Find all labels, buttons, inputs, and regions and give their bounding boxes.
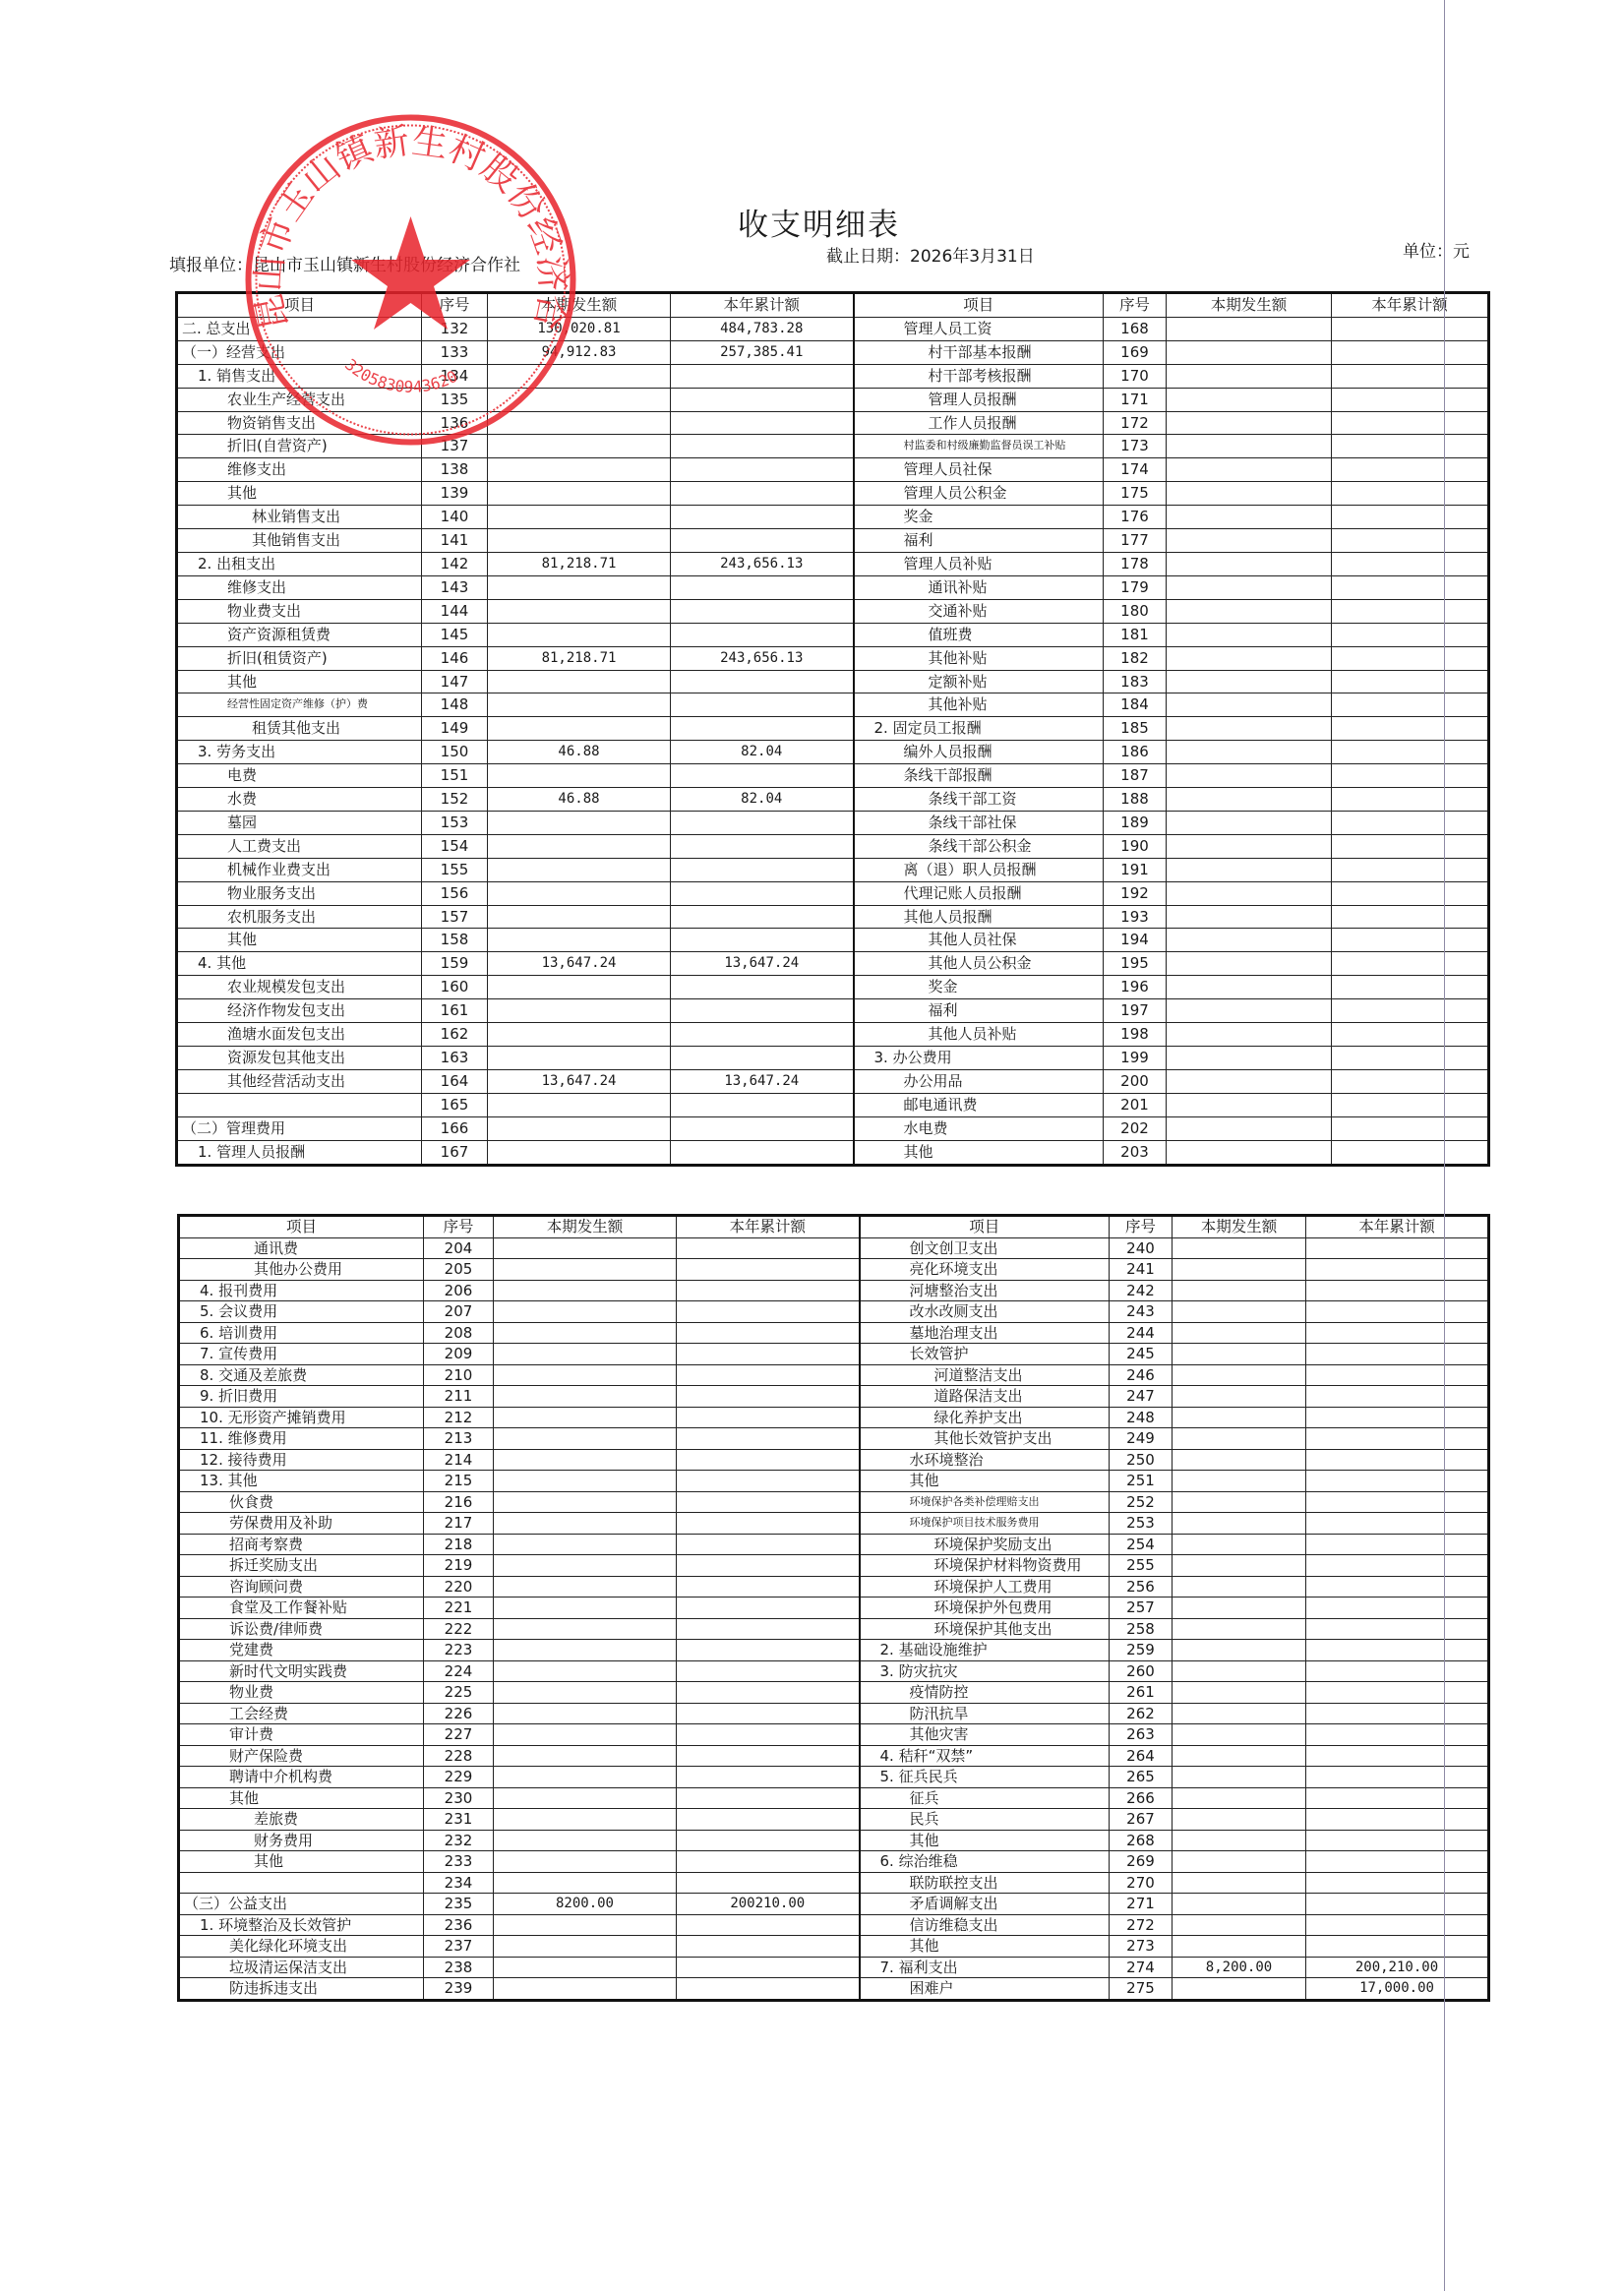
row-item-label: 其他办公费用 — [179, 1259, 424, 1281]
row-ytd-amount — [677, 1957, 860, 1978]
row-seq-number: 275 — [1110, 1978, 1173, 2001]
row-current-amount — [494, 1471, 677, 1492]
table-row: 其他139管理人员公积金175 — [177, 482, 1489, 506]
row-current-amount — [1167, 858, 1332, 881]
row-ytd-amount: 200,210.00 — [1306, 1957, 1489, 1978]
row-current-amount — [494, 1767, 677, 1788]
row-current-amount — [1173, 1745, 1306, 1767]
row-ytd-amount — [1332, 670, 1489, 693]
row-seq-number: 261 — [1110, 1682, 1173, 1704]
row-current-amount: 8,200.00 — [1173, 1957, 1306, 1978]
row-seq-number: 188 — [1104, 788, 1167, 812]
row-current-amount — [1167, 999, 1332, 1023]
row-seq-number: 245 — [1110, 1344, 1173, 1365]
row-ytd-amount: 17,000.00 — [1306, 1978, 1489, 2001]
table-row: 其他2336. 综治维稳269 — [179, 1851, 1489, 1873]
row-item-label: 墓园 — [177, 811, 422, 834]
row-current-amount — [494, 1745, 677, 1767]
row-ytd-amount: 243,656.13 — [671, 552, 854, 575]
row-seq-number: 226 — [424, 1703, 494, 1724]
row-seq-number: 262 — [1110, 1703, 1173, 1724]
row-current-amount — [488, 999, 671, 1023]
row-seq-number: 153 — [422, 811, 488, 834]
row-item-label: 环境保护材料物资费用 — [860, 1555, 1110, 1577]
table-row: 4. 报刊费用206河塘整治支出242 — [179, 1280, 1489, 1301]
row-current-amount — [488, 1093, 671, 1116]
row-current-amount — [488, 693, 671, 717]
table-row: 7. 宣传费用209长效管护245 — [179, 1344, 1489, 1365]
row-item-label: 环境保护项目技术服务费用 — [860, 1513, 1110, 1535]
row-ytd-amount — [677, 1724, 860, 1746]
row-seq-number: 272 — [1110, 1914, 1173, 1936]
row-item-label: 管理人员工资 — [854, 317, 1104, 340]
row-seq-number: 218 — [424, 1534, 494, 1555]
row-item-label: 劳保费用及补助 — [179, 1513, 424, 1535]
row-current-amount — [494, 1682, 677, 1704]
row-item-label: 其他经营活动支出 — [177, 1069, 422, 1093]
row-current-amount — [494, 1280, 677, 1301]
row-current-amount: 130,020.81 — [488, 317, 671, 340]
row-item-label: 招商考察费 — [179, 1534, 424, 1555]
row-ytd-amount — [1306, 1364, 1489, 1386]
row-ytd-amount — [1306, 1660, 1489, 1682]
row-seq-number: 176 — [1104, 506, 1167, 529]
row-current-amount — [1173, 1322, 1306, 1344]
table-row: 新时代文明实践费2243. 防灾抗灾260 — [179, 1660, 1489, 1682]
row-seq-number: 155 — [422, 858, 488, 881]
row-current-amount — [1173, 1428, 1306, 1450]
row-ytd-amount — [1306, 1851, 1489, 1873]
row-current-amount — [494, 1787, 677, 1809]
row-seq-number: 150 — [422, 741, 488, 764]
row-seq-number: 182 — [1104, 646, 1167, 670]
row-item-label: 疫情防控 — [860, 1682, 1110, 1704]
row-item-label: 物业费 — [179, 1682, 424, 1704]
row-current-amount: 13,647.24 — [488, 1069, 671, 1093]
table-row: 通讯费204创文创卫支出240 — [179, 1237, 1489, 1259]
row-current-amount — [1173, 1851, 1306, 1873]
row-current-amount — [494, 1237, 677, 1259]
row-seq-number: 159 — [422, 952, 488, 976]
table-row: （三）公益支出2358200.00200210.00矛盾调解支出271 — [179, 1894, 1489, 1915]
table-row: 财务费用232其他268 — [179, 1830, 1489, 1851]
row-item-label: 交通补贴 — [854, 599, 1104, 623]
row-seq-number: 219 — [424, 1555, 494, 1577]
filing-unit-label: 填报单位： — [169, 256, 253, 275]
row-item-label: 环境保护外包费用 — [860, 1598, 1110, 1619]
row-current-amount — [1167, 1047, 1332, 1070]
table-row: 水费15246.8882.04条线干部工资188 — [177, 788, 1489, 812]
table-row: 差旅费231民兵267 — [179, 1809, 1489, 1831]
filing-unit: 填报单位：昆山市玉山镇新生村股份经济合作社 — [169, 251, 520, 275]
row-item-label: 3. 防灾抗灾 — [860, 1660, 1110, 1682]
row-seq-number: 196 — [1104, 976, 1167, 999]
row-ytd-amount — [677, 1364, 860, 1386]
row-seq-number: 247 — [1110, 1386, 1173, 1408]
row-item-label: 5. 征兵民兵 — [860, 1767, 1110, 1788]
row-current-amount — [1167, 881, 1332, 905]
table-row: 物资销售支出136工作人员报酬172 — [177, 411, 1489, 435]
row-item-label: 管理人员补贴 — [854, 552, 1104, 575]
row-seq-number: 235 — [424, 1894, 494, 1915]
row-current-amount — [1167, 741, 1332, 764]
row-current-amount — [488, 670, 671, 693]
table-row: 经营性固定资产维修（护）费148其他补贴184 — [177, 693, 1489, 717]
row-ytd-amount — [677, 1576, 860, 1598]
row-item-label: 维修支出 — [177, 575, 422, 599]
row-ytd-amount — [671, 670, 854, 693]
table-row: 12. 接待费用214水环境整治250 — [179, 1449, 1489, 1471]
row-current-amount — [494, 1428, 677, 1450]
row-ytd-amount: 82.04 — [671, 741, 854, 764]
row-item-label: 8. 交通及差旅费 — [179, 1364, 424, 1386]
row-ytd-amount — [671, 435, 854, 458]
row-seq-number: 201 — [1104, 1093, 1167, 1116]
row-ytd-amount — [671, 1047, 854, 1070]
table-row: 13. 其他215其他251 — [179, 1471, 1489, 1492]
row-ytd-amount — [1306, 1809, 1489, 1831]
row-item-label: 1. 管理人员报酬 — [177, 1140, 422, 1165]
table-row: 渔塘水面发包支出162其他人员补贴198 — [177, 1023, 1489, 1047]
row-current-amount — [488, 506, 671, 529]
row-ytd-amount — [1306, 1259, 1489, 1281]
row-ytd-amount — [671, 364, 854, 388]
row-seq-number: 260 — [1110, 1660, 1173, 1682]
table-row: 其他销售支出141福利177 — [177, 529, 1489, 553]
row-current-amount — [1167, 552, 1332, 575]
row-item-label: 租赁其他支出 — [177, 717, 422, 741]
row-item-label: 财务费用 — [179, 1830, 424, 1851]
row-item-label: 条线干部报酬 — [854, 764, 1104, 788]
row-ytd-amount — [677, 1322, 860, 1344]
row-seq-number: 233 — [424, 1851, 494, 1873]
table-row: 农业规模发包支出160奖金196 — [177, 976, 1489, 999]
row-ytd-amount — [1332, 952, 1489, 976]
row-item-label: 2. 固定员工报酬 — [854, 717, 1104, 741]
row-item-label: 机械作业费支出 — [177, 858, 422, 881]
row-ytd-amount — [1306, 1344, 1489, 1365]
row-current-amount — [1173, 1894, 1306, 1915]
table-row: 1. 销售支出134村干部考核报酬170 — [177, 364, 1489, 388]
table-row: 9. 折旧费用211道路保洁支出247 — [179, 1386, 1489, 1408]
row-seq-number: 243 — [1110, 1301, 1173, 1323]
row-ytd-amount — [1306, 1640, 1489, 1661]
row-seq-number: 181 — [1104, 623, 1167, 646]
row-ytd-amount — [671, 717, 854, 741]
row-seq-number: 254 — [1110, 1534, 1173, 1555]
row-seq-number: 174 — [1104, 458, 1167, 482]
table-row: 物业服务支出156代理记账人员报酬192 — [177, 881, 1489, 905]
row-item-label: 渔塘水面发包支出 — [177, 1023, 422, 1047]
row-ytd-amount — [1306, 1280, 1489, 1301]
row-current-amount — [1173, 1555, 1306, 1577]
row-ytd-amount — [677, 1555, 860, 1577]
row-current-amount — [1167, 1116, 1332, 1140]
row-seq-number: 154 — [422, 834, 488, 858]
filing-unit-value: 昆山市玉山镇新生村股份经济合作社 — [253, 256, 520, 275]
row-item-label: 其他长效管护支出 — [860, 1428, 1110, 1450]
row-seq-number: 211 — [424, 1386, 494, 1408]
row-item-label: 改水改厕支出 — [860, 1301, 1110, 1323]
row-seq-number: 212 — [424, 1407, 494, 1428]
row-current-amount — [488, 834, 671, 858]
row-current-amount — [1167, 529, 1332, 553]
row-seq-number: 172 — [1104, 411, 1167, 435]
row-ytd-amount — [1306, 1491, 1489, 1513]
row-ytd-amount — [1306, 1618, 1489, 1640]
row-seq-number: 198 — [1104, 1023, 1167, 1047]
column-header-item: 项目 — [179, 1216, 424, 1238]
row-seq-number: 152 — [422, 788, 488, 812]
row-item-label: 环境保护其他支出 — [860, 1618, 1110, 1640]
row-ytd-amount — [1332, 458, 1489, 482]
row-current-amount — [494, 1322, 677, 1344]
row-seq-number: 265 — [1110, 1767, 1173, 1788]
row-seq-number: 256 — [1110, 1576, 1173, 1598]
row-item-label: 其他人员报酬 — [854, 905, 1104, 929]
table-row: 8. 交通及差旅费210河道整洁支出246 — [179, 1364, 1489, 1386]
table-row: 维修支出143通讯补贴179 — [177, 575, 1489, 599]
row-current-amount — [488, 599, 671, 623]
row-seq-number: 251 — [1110, 1471, 1173, 1492]
row-current-amount — [1167, 905, 1332, 929]
row-item-label: 其他补贴 — [854, 646, 1104, 670]
row-item-label: 工会经费 — [179, 1703, 424, 1724]
row-item-label: 河道整洁支出 — [860, 1364, 1110, 1386]
row-ytd-amount — [1332, 340, 1489, 364]
row-item-label: 食堂及工作餐补贴 — [179, 1598, 424, 1619]
row-current-amount — [494, 1576, 677, 1598]
row-current-amount — [1173, 1618, 1306, 1640]
row-current-amount — [1173, 1491, 1306, 1513]
row-seq-number: 165 — [422, 1093, 488, 1116]
row-current-amount — [1173, 1640, 1306, 1661]
row-seq-number: 203 — [1104, 1140, 1167, 1165]
row-seq-number: 147 — [422, 670, 488, 693]
row-item-label: 民兵 — [860, 1809, 1110, 1831]
row-ytd-amount — [677, 1618, 860, 1640]
row-current-amount — [1173, 1914, 1306, 1936]
row-current-amount — [488, 482, 671, 506]
cutoff-date-value: 2026年3月31日 — [910, 247, 1035, 267]
row-item-label: （三）公益支出 — [179, 1894, 424, 1915]
row-item-label: 伙食费 — [179, 1491, 424, 1513]
row-seq-number: 200 — [1104, 1069, 1167, 1093]
row-seq-number: 231 — [424, 1809, 494, 1831]
row-current-amount — [494, 1703, 677, 1724]
row-item-label: 其他 — [179, 1851, 424, 1873]
row-current-amount — [488, 1140, 671, 1165]
row-ytd-amount — [1332, 364, 1489, 388]
row-ytd-amount — [671, 881, 854, 905]
row-ytd-amount — [671, 764, 854, 788]
row-item-label: 绿化养护支出 — [860, 1407, 1110, 1428]
row-seq-number: 183 — [1104, 670, 1167, 693]
row-ytd-amount — [1332, 693, 1489, 717]
row-ytd-amount — [677, 1280, 860, 1301]
row-current-amount — [494, 1957, 677, 1978]
row-item-label: 环境保护人工费用 — [860, 1576, 1110, 1598]
row-ytd-amount — [677, 1407, 860, 1428]
row-seq-number: 250 — [1110, 1449, 1173, 1471]
table-row: 5. 会议费用207改水改厕支出243 — [179, 1301, 1489, 1323]
row-ytd-amount — [1306, 1724, 1489, 1746]
row-item-label: 物业费支出 — [177, 599, 422, 623]
column-header-ytd: 本年累计额 — [677, 1216, 860, 1238]
row-seq-number: 230 — [424, 1787, 494, 1809]
row-current-amount — [1167, 317, 1332, 340]
row-item-label — [179, 1872, 424, 1894]
row-item-label: 条线干部公积金 — [854, 834, 1104, 858]
row-seq-number: 221 — [424, 1598, 494, 1619]
row-item-label: 其他 — [177, 482, 422, 506]
table-row: 招商考察费218环境保护奖励支出254 — [179, 1534, 1489, 1555]
row-seq-number: 214 — [424, 1449, 494, 1471]
row-item-label: 2. 出租支出 — [177, 552, 422, 575]
row-ytd-amount — [1332, 811, 1489, 834]
table-row: 2. 出租支出14281,218.71243,656.13管理人员补贴178 — [177, 552, 1489, 575]
row-current-amount — [1167, 976, 1332, 999]
row-seq-number: 248 — [1110, 1407, 1173, 1428]
row-current-amount — [1173, 1682, 1306, 1704]
row-current-amount — [1167, 693, 1332, 717]
row-seq-number: 160 — [422, 976, 488, 999]
table-row: 墓园153条线干部社保189 — [177, 811, 1489, 834]
row-item-label: 其他补贴 — [854, 693, 1104, 717]
row-seq-number: 189 — [1104, 811, 1167, 834]
row-current-amount — [1167, 482, 1332, 506]
row-current-amount: 94,912.83 — [488, 340, 671, 364]
table-row: 经济作物发包支出161福利197 — [177, 999, 1489, 1023]
row-item-label: 其他人员补贴 — [854, 1023, 1104, 1047]
currency-unit-label: 单位： — [1403, 242, 1453, 262]
row-current-amount — [494, 1978, 677, 2001]
row-current-amount — [1173, 1237, 1306, 1259]
row-ytd-amount — [1332, 1069, 1489, 1093]
row-current-amount — [1173, 1280, 1306, 1301]
row-item-label: 农业生产经营支出 — [177, 388, 422, 411]
row-item-label: 编外人员报酬 — [854, 741, 1104, 764]
row-current-amount — [1173, 1364, 1306, 1386]
table-header-row: 项目序号本期发生额本年累计额项目序号本期发生额本年累计额 — [177, 293, 1489, 318]
row-ytd-amount — [1332, 552, 1489, 575]
row-ytd-amount — [677, 1344, 860, 1365]
row-current-amount — [1167, 1093, 1332, 1116]
row-item-label: 电费 — [177, 764, 422, 788]
row-current-amount — [1173, 1449, 1306, 1471]
row-seq-number: 138 — [422, 458, 488, 482]
row-seq-number: 190 — [1104, 834, 1167, 858]
row-seq-number: 222 — [424, 1618, 494, 1640]
table-row: 维修支出138管理人员社保174 — [177, 458, 1489, 482]
row-seq-number: 136 — [422, 411, 488, 435]
row-seq-number: 194 — [1104, 929, 1167, 952]
row-seq-number: 132 — [422, 317, 488, 340]
row-ytd-amount — [1332, 858, 1489, 881]
row-current-amount — [488, 529, 671, 553]
row-item-label: 差旅费 — [179, 1809, 424, 1831]
row-ytd-amount — [1332, 506, 1489, 529]
row-item-label: 1. 环境整治及长效管护 — [179, 1914, 424, 1936]
row-ytd-amount — [1306, 1914, 1489, 1936]
row-ytd-amount — [677, 1428, 860, 1450]
row-ytd-amount — [671, 482, 854, 506]
table-row: 物业费225疫情防控261 — [179, 1682, 1489, 1704]
row-item-label: 联防联控支出 — [860, 1872, 1110, 1894]
row-item-label: 办公用品 — [854, 1069, 1104, 1093]
row-current-amount — [1167, 929, 1332, 952]
row-ytd-amount — [1332, 1047, 1489, 1070]
row-item-label: 管理人员社保 — [854, 458, 1104, 482]
row-seq-number: 259 — [1110, 1640, 1173, 1661]
row-item-label: 6. 培训费用 — [179, 1322, 424, 1344]
row-seq-number: 238 — [424, 1957, 494, 1978]
row-ytd-amount — [677, 1660, 860, 1682]
row-ytd-amount — [671, 976, 854, 999]
row-ytd-amount — [677, 1640, 860, 1661]
row-seq-number: 216 — [424, 1491, 494, 1513]
row-ytd-amount — [677, 1471, 860, 1492]
row-item-label: 2. 基础设施维护 — [860, 1640, 1110, 1661]
row-current-amount — [1167, 764, 1332, 788]
row-current-amount — [488, 976, 671, 999]
row-item-label: 墓地治理支出 — [860, 1322, 1110, 1344]
row-ytd-amount — [1306, 1576, 1489, 1598]
row-item-label: 美化绿化环境支出 — [179, 1936, 424, 1958]
row-seq-number: 185 — [1104, 717, 1167, 741]
row-item-label: 9. 折旧费用 — [179, 1386, 424, 1408]
table-row: （一）经营支出13394,912.83257,385.41村干部基本报酬169 — [177, 340, 1489, 364]
column-header-seq: 序号 — [1110, 1216, 1173, 1238]
row-item-label: 村监委和村级廉勤监督员误工补贴 — [854, 435, 1104, 458]
row-current-amount — [1167, 340, 1332, 364]
row-current-amount — [494, 1660, 677, 1682]
row-seq-number: 199 — [1104, 1047, 1167, 1070]
row-ytd-amount: 243,656.13 — [671, 646, 854, 670]
row-seq-number: 268 — [1110, 1830, 1173, 1851]
row-seq-number: 144 — [422, 599, 488, 623]
row-ytd-amount: 82.04 — [671, 788, 854, 812]
row-item-label: 通讯补贴 — [854, 575, 1104, 599]
table-row: 165邮电通讯费201 — [177, 1093, 1489, 1116]
row-current-amount — [494, 1872, 677, 1894]
table-row: 3. 劳务支出15046.8882.04编外人员报酬186 — [177, 741, 1489, 764]
row-seq-number: 157 — [422, 905, 488, 929]
row-current-amount — [488, 1047, 671, 1070]
table-row: 租赁其他支出1492. 固定员工报酬185 — [177, 717, 1489, 741]
row-item-label: 3. 劳务支出 — [177, 741, 422, 764]
row-seq-number: 171 — [1104, 388, 1167, 411]
row-current-amount — [1173, 1872, 1306, 1894]
row-ytd-amount — [677, 1787, 860, 1809]
row-ytd-amount — [677, 1301, 860, 1323]
row-item-label: 水电费 — [854, 1116, 1104, 1140]
row-item-label: （一）经营支出 — [177, 340, 422, 364]
row-ytd-amount — [1332, 1093, 1489, 1116]
row-current-amount: 81,218.71 — [488, 552, 671, 575]
row-item-label: 环境保护各类补偿理赔支出 — [860, 1491, 1110, 1513]
column-header-ytd: 本年累计额 — [1306, 1216, 1489, 1238]
row-item-label: 4. 报刊费用 — [179, 1280, 424, 1301]
row-seq-number: 164 — [422, 1069, 488, 1093]
table-row: 1. 管理人员报酬167其他203 — [177, 1140, 1489, 1165]
row-ytd-amount — [1306, 1787, 1489, 1809]
row-seq-number: 140 — [422, 506, 488, 529]
row-ytd-amount — [677, 1936, 860, 1958]
row-item-label: 河塘整治支出 — [860, 1280, 1110, 1301]
row-item-label: 离（退）职人员报酬 — [854, 858, 1104, 881]
row-ytd-amount — [677, 1872, 860, 1894]
